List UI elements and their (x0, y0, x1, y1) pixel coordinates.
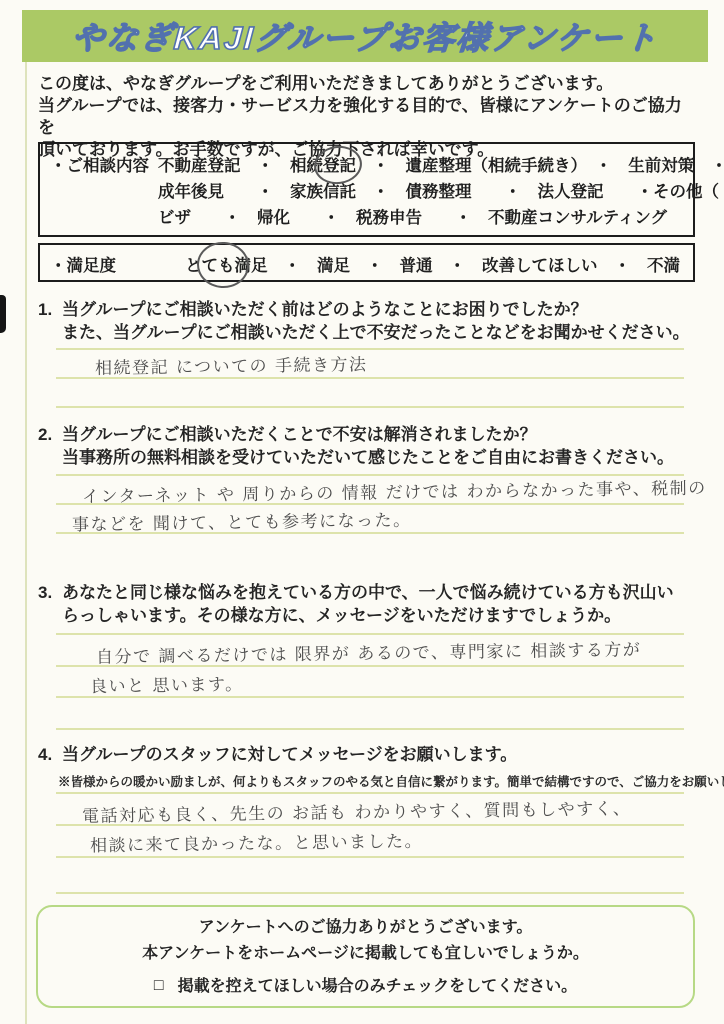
question-1-text: 当グループにご相談いただく前はどのようなことにお困りでしたか？ また、当グループ… (62, 299, 690, 344)
option-souzoku-touki-selected[interactable]: 相続登記 (290, 153, 356, 179)
answer-3-handwriting-line1: 自分で 調べるだけでは 限界が あるので、専門家に 相談する方が (96, 635, 642, 668)
answer-rule-line (56, 348, 684, 350)
question-3-number: 3. (38, 582, 62, 627)
option-fudosan-toki[interactable]: 不動産登記 ・ (158, 157, 290, 175)
question-4: 4. 当グループのスタッフに対してメッセージをお願いします。 ※皆様からの暖かい… (38, 744, 702, 790)
page-title: やなぎKAJIグループお客様アンケート (70, 13, 660, 59)
consultation-options-box: ・ご相談内容 不動産登記 ・ 相続登記 ・ 遺産整理（相続手続き） ・ 生前対策… (38, 142, 695, 237)
consultation-row1-rest[interactable]: ・ 遺産整理（相続手続き） ・ 生前対策 ・ 遺言 (356, 157, 724, 175)
question-1-number: 1. (38, 299, 62, 344)
satisfaction-options-rest[interactable]: ・ 満足 ・ 普通 ・ 改善してほしい ・ 不満 (268, 257, 681, 275)
option-totemo-manzoku-selected[interactable]: とても満足 (185, 253, 268, 279)
answer-4-handwriting-line1: 電話対応も良く、先生の お話も わかりやすく、質問もしやすく、 (82, 794, 632, 827)
consultation-row3[interactable]: ビザ ・ 帰化 ・ 税務申告 ・ 不動産コンサルティング (158, 205, 667, 231)
consultation-label: ・ご相談内容 (50, 153, 158, 179)
answer-rule-line (56, 856, 684, 858)
question-2-text: 当グループにご相談いただくことで不安は解消されましたか？ 当事務所の無料相談を受… (62, 424, 674, 469)
header-banner: やなぎKAJIグループお客様アンケート (22, 10, 708, 62)
answer-rule-line (56, 696, 684, 698)
answer-2-handwriting-line2: 事などを 聞けて、とても参考になった。 (72, 506, 412, 536)
satisfaction-box: ・満足度 とても満足 ・ 満足 ・ 普通 ・ 改善してほしい ・ 不満 (38, 243, 695, 282)
answer-rule-line (56, 892, 684, 894)
answer-4-handwriting-line2: 相談に来て良かったな。と思いました。 (90, 827, 423, 857)
scan-edge-line (25, 62, 27, 1024)
answer-rule-line (56, 633, 684, 635)
question-4-text: 当グループのスタッフに対してメッセージをお願いします。 (62, 744, 517, 767)
question-2: 2. 当グループにご相談いただくことで不安は解消されましたか？ 当事務所の無料相… (38, 424, 702, 469)
answer-rule-line (56, 728, 684, 730)
question-3: 3. あなたと同じ様な悩みを抱えている方の中で、一人で悩み続けている方も沢山い … (38, 582, 702, 627)
answer-3-handwriting-line2: 良いと 思います。 (90, 670, 244, 697)
consultation-row2[interactable]: 成年後見 ・ 家族信託 ・ 債務整理 ・ 法人登記 ・その他（ ） (158, 179, 724, 205)
survey-page: やなぎKAJIグループお客様アンケート この度は、やなぎグループをご利用いただき… (0, 0, 724, 1024)
footer-box: アンケートへのご協力ありがとうございます。 本アンケートをホームページに掲載して… (36, 905, 695, 1008)
satisfaction-label: ・満足度 (50, 253, 185, 279)
footer-checkbox-row: □ 掲載を控えてほしい場合のみチェックをしてください。 (154, 975, 577, 998)
decline-publish-label: 掲載を控えてほしい場合のみチェックをしてください。 (178, 975, 578, 998)
decline-publish-checkbox[interactable]: □ (154, 977, 164, 995)
footer-publish-question: 本アンケートをホームページに掲載しても宜しいでしょうか。 (142, 942, 589, 965)
answer-rule-line (56, 406, 684, 408)
intro-line: この度は、やなぎグループをご利用いただきましてありがとうございます。 (38, 73, 698, 95)
consultation-row1: 不動産登記 ・ 相続登記 ・ 遺産整理（相続手続き） ・ 生前対策 ・ 遺言 (158, 153, 724, 179)
question-4-number: 4. (38, 744, 62, 767)
question-1: 1. 当グループにご相談いただく前はどのようなことにお困りでしたか？ また、当グ… (38, 299, 702, 344)
scan-artifact-blob (0, 295, 6, 333)
question-3-text: あなたと同じ様な悩みを抱えている方の中で、一人で悩み続けている方も沢山い らっし… (62, 582, 674, 627)
answer-rule-line (56, 792, 684, 794)
answer-1-handwriting: 相続登記 についての 手続き方法 (95, 350, 368, 379)
satisfaction-options: とても満足 ・ 満足 ・ 普通 ・ 改善してほしい ・ 不満 (185, 253, 680, 279)
footer-thanks-text: アンケートへのご協力ありがとうございます。 (199, 916, 533, 939)
intro-line: 当グループでは、接客力・サービス力を強化する目的で、皆様にアンケートのご協力を (38, 95, 698, 139)
question-2-number: 2. (38, 424, 62, 469)
question-4-note: ※皆様からの暖かい励ましが、何よりもスタッフのやる気と自信に繋がります。簡単で結… (38, 772, 702, 790)
